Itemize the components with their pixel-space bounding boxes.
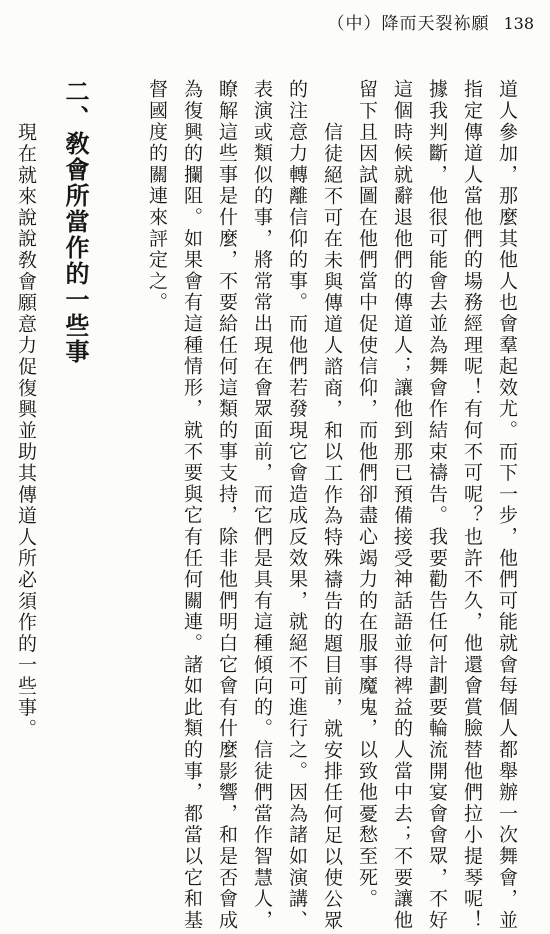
running-head-title: （中）降而天裂袮願 bbox=[327, 9, 489, 34]
running-head: （中）降而天裂袮願 138 bbox=[327, 9, 534, 34]
page-number: 138 bbox=[503, 14, 534, 33]
book-page: （中）降而天裂袮願 138 道人參加，那麼其他人也會羣起效尤。而下一步，他們可能… bbox=[0, 0, 550, 934]
paragraph-second: 信徒絕不可在未與傳道人諮商，和以工作為特殊禱告的題目前，就安排任何足以使公眾的注… bbox=[139, 79, 349, 934]
paragraph-continuation: 道人參加，那麼其他人也會羣起效尤。而下一步，他們可能就會每個人都舉辦一次舞會，並… bbox=[349, 79, 524, 934]
paragraph-intro-next-section: 現在就來說說敎會願意力促復興並助其傳道人所必須作的一些事。 bbox=[8, 79, 43, 934]
page-body: 道人參加，那麼其他人也會羣起效尤。而下一步，他們可能就會每個人都舉辦一次舞會，並… bbox=[8, 79, 524, 934]
section-heading: 二、敎會所當作的一些事 bbox=[57, 79, 93, 934]
